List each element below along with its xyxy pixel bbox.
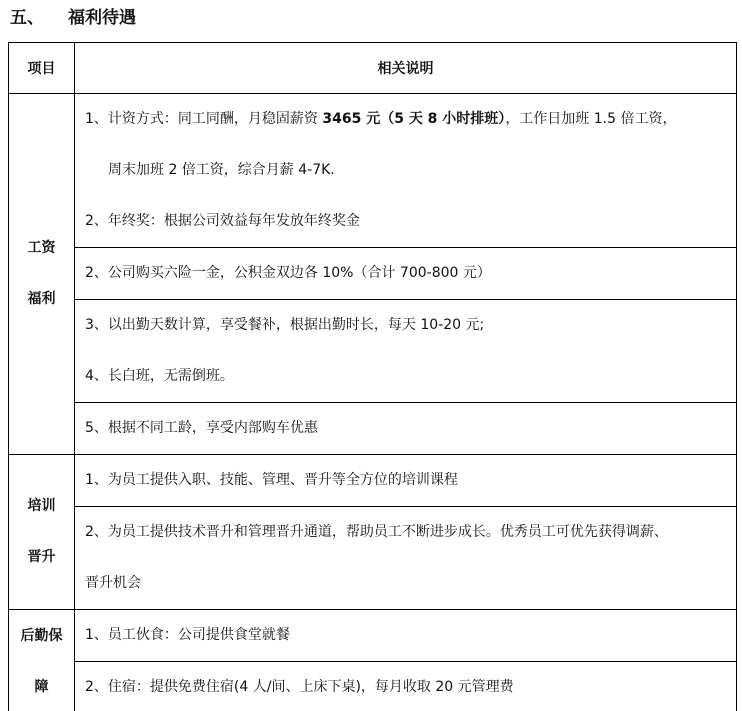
section-heading: 五、福利待遇 [10,4,136,32]
text-line: 2、为员工提供技术晋升和管理晋升通道，帮助员工不断进步成长。优秀员工可优先获得调… [85,507,730,558]
table-row: 培训 晋升 1、为员工提供入职、技能、管理、晋升等全方位的培训课程 [9,455,737,507]
text-line: 5、根据不同工龄，享受内部购车优惠 [85,403,730,454]
table-row: 5、根据不同工龄，享受内部购车优惠 [9,403,737,455]
table-row: 3、以出勤天数计算，享受餐补，根据出勤时长，每天 10-20 元; 4、长白班，… [9,300,737,403]
description-cell: 2、住宿：提供免费住宿(4 人/间、上床下桌)，每月收取 20 元管理费 [75,662,737,711]
description-cell: 2、公司购买六险一金，公积金双边各 10%（合计 700-800 元） [75,248,737,300]
benefits-table: 项目 相关说明 工资 福利 1、计资方式：同工同酬，月稳固薪资 3465 元（5… [8,42,737,711]
text-line: 2、住宿：提供免费住宿(4 人/间、上床下桌)，每月收取 20 元管理费 [85,662,730,711]
salary-highlight: 3465 元（5 天 8 小时排班） [322,111,505,127]
text-line: 3、以出勤天数计算，享受餐补，根据出勤时长，每天 10-20 元; [85,300,730,351]
description-cell: 2、为员工提供技术晋升和管理晋升通道，帮助员工不断进步成长。优秀员工可优先获得调… [75,507,737,610]
description-cell: 1、员工伙食：公司提供食堂就餐 [75,610,737,662]
text-line: 周末加班 2 倍工资，综合月薪 4-7K. [85,145,730,196]
group-label-training-promotion: 培训 晋升 [9,455,75,610]
table-row: 工资 福利 1、计资方式：同工同酬，月稳固薪资 3465 元（5 天 8 小时排… [9,94,737,248]
text-line: 晋升机会 [85,558,730,609]
header-description: 相关说明 [75,43,737,94]
table-row: 2、住宿：提供免费住宿(4 人/间、上床下桌)，每月收取 20 元管理费 [9,662,737,711]
text-line: 1、为员工提供入职、技能、管理、晋升等全方位的培训课程 [85,455,730,506]
text-line: 2、年终奖：根据公司效益每年发放年终奖金 [85,196,730,247]
table-row: 后勤保 障 1、员工伙食：公司提供食堂就餐 [9,610,737,662]
text-line: 1、计资方式：同工同酬，月稳固薪资 3465 元（5 天 8 小时排班），工作日… [85,94,730,145]
section-number: 五、 [10,4,68,32]
section-title: 福利待遇 [68,8,136,28]
header-item: 项目 [9,43,75,94]
group-label-logistics: 后勤保 障 [9,610,75,711]
description-cell: 1、计资方式：同工同酬，月稳固薪资 3465 元（5 天 8 小时排班），工作日… [75,94,737,248]
description-cell: 1、为员工提供入职、技能、管理、晋升等全方位的培训课程 [75,455,737,507]
table-row: 2、为员工提供技术晋升和管理晋升通道，帮助员工不断进步成长。优秀员工可优先获得调… [9,507,737,610]
text-line: 1、员工伙食：公司提供食堂就餐 [85,610,730,661]
table-header-row: 项目 相关说明 [9,43,737,94]
group-label-salary-benefits: 工资 福利 [9,94,75,455]
table-row: 2、公司购买六险一金，公积金双边各 10%（合计 700-800 元） [9,248,737,300]
description-cell: 3、以出勤天数计算，享受餐补，根据出勤时长，每天 10-20 元; 4、长白班，… [75,300,737,403]
text-line: 4、长白班，无需倒班。 [85,351,730,402]
description-cell: 5、根据不同工龄，享受内部购车优惠 [75,403,737,455]
text-line: 2、公司购买六险一金，公积金双边各 10%（合计 700-800 元） [85,248,730,299]
